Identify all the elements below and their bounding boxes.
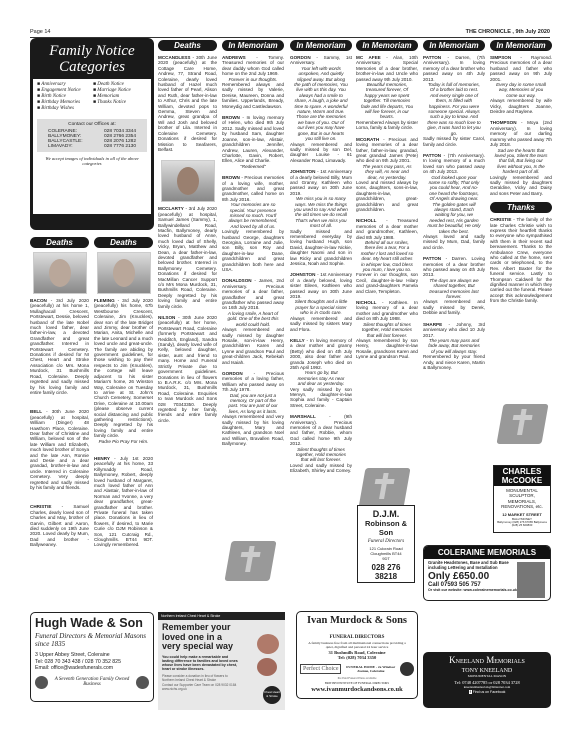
- ad-title: McCOOKE: [494, 476, 550, 485]
- memoriam-notice: BROWN - In loving memory of Helen, who d…: [222, 115, 284, 169]
- notice-name: MCGRATH: [356, 137, 379, 142]
- notice-name: KELLY: [290, 338, 305, 343]
- section-heading: In Memoriam: [290, 40, 352, 51]
- office-contacts: Contact our Offices at: COLERAINE:028 70…: [37, 119, 147, 152]
- notice-name: SHARPE: [423, 322, 442, 327]
- facebook-icon: f: [469, 690, 472, 694]
- ad-website[interactable]: www.ivanmurdockandsons.co.uk: [300, 686, 414, 693]
- notice-text: - 30th June 2020 (peacefully) at her hom…: [158, 315, 217, 423]
- section-heading: In Memoriam: [356, 40, 418, 51]
- office-row: LIMAVADY:028 7776 2130: [42, 144, 142, 149]
- notice-text: Loved and missed always by sons, daughte…: [356, 180, 418, 212]
- notice-verse: Years go by, But memories stay As near a…: [290, 370, 352, 386]
- death-notice: CHRISTIE - Samuel Charles, dearly loved …: [30, 504, 89, 547]
- crest-icon: [35, 676, 48, 689]
- section-heading: Deaths: [158, 40, 217, 51]
- notice-text: - The family of the late Charles Christi…: [490, 217, 552, 303]
- ad-ivan-murdock: Ivan Murdock & Sons FUNERAL DIRECTORS A …: [296, 611, 418, 699]
- notice-verse: The years may pass, As they will, As nea…: [356, 164, 418, 180]
- notice-verse: The days are always we shared together, …: [423, 278, 485, 300]
- notice-name: BELL: [30, 409, 42, 414]
- ad-subtitle: Funeral Directors & Memorial Masons sinc…: [35, 632, 149, 648]
- notice-text: Remembered always and sadly missed by Va…: [222, 82, 284, 109]
- memoriam-column-4: In Memoriam ANDREWS - Tommy. Treasured m…: [222, 38, 284, 453]
- lion-crest-icon: [400, 662, 414, 676]
- portrait-photo: [161, 160, 215, 202]
- facebook-label: Find us on Facebook: [473, 690, 506, 694]
- office-phone: 028 7776 2130: [104, 144, 136, 149]
- notice-text: - 30th June 2020 (peacefully) at the Cot…: [158, 55, 217, 152]
- notice-verse: God looked upon your name so softly, Tha…: [423, 175, 485, 234]
- notice-verse: Your memories are so special. Your prese…: [222, 202, 284, 229]
- memoriam-notice: PATTON - Darren, (7th Anniversary). In l…: [423, 55, 485, 147]
- notice-text: - James, 2nd Anniversary. Precious memor…: [222, 278, 284, 310]
- heart-icon: [257, 634, 279, 654]
- ad-small-text: Contact our Supporter Care Team on 028 9…: [158, 682, 243, 691]
- ad-charles-mccooke: CHARLES McCOOKE MONUMENTAL SCULPTOR, MEM…: [493, 465, 551, 533]
- notice-text: Lovingly remembered by husband George, d…: [222, 229, 284, 272]
- category-item: Thanks Notice: [93, 100, 147, 105]
- memoriam-column-7: In Memoriam PATTON - Darren, (7th Annive…: [423, 38, 485, 468]
- memoriam-notice: NICHOLL - Treasured memories of a dear m…: [356, 218, 418, 294]
- ad-phone: Tel: (028) 7034 3350: [300, 655, 414, 660]
- notice-verse: The years may pass and fade away, But me…: [423, 338, 485, 354]
- notice-verse: Sad are the hearts that loved you, Silen…: [490, 148, 552, 175]
- bible-cross-icon: [358, 468, 410, 508]
- categories-panel: Anniversary Death Notice Engagement Noti…: [33, 79, 151, 214]
- notice-text: Remembered Always by sister Lorna, famil…: [356, 120, 418, 130]
- category-item: Anniversary: [37, 82, 91, 87]
- memoriam-notice: KELLY - In loving memory of a dear mothe…: [290, 338, 352, 408]
- notice-text: - 3rd July 2020 (peacefully) at hospital…: [158, 206, 217, 308]
- notice-name: DONALDSON: [222, 278, 252, 283]
- portrait-photo: [97, 252, 151, 294]
- memoriam-notice: SIMPSON - Raymond. Precious memories of …: [490, 55, 552, 114]
- section-heading: In Memoriam: [490, 40, 552, 51]
- notice-name: MC AFEE: [356, 55, 381, 60]
- memoriam-notice: MCGRATH - Precious and loving memories o…: [356, 137, 418, 213]
- memoriam-notice: ANDREWS - Tommy. Treasured memories of o…: [222, 55, 284, 109]
- bible-illustration: [495, 398, 550, 450]
- notice-name: PATTON: [423, 153, 441, 158]
- deaths-column-3: Deaths MCCANDLESS - 30th June 2020 (peac…: [158, 38, 217, 429]
- notice-text: Always loved and sadly missed by Mum, Da…: [423, 234, 485, 250]
- notice-text: Lovingly remembered and sadly missed by …: [490, 175, 552, 196]
- deaths-column-2: Deaths FLEMING - 3rd July 2020 (peaceful…: [94, 235, 153, 554]
- notice-name: CHRISTIE: [490, 217, 511, 222]
- notice-text: - Samuel Charles, dearly loved son of Ch…: [30, 504, 89, 547]
- ad-top-bar: Northern Ireland Chest Heart & Stroke: [158, 612, 285, 620]
- notice-name: MARSHALL: [290, 414, 316, 419]
- memoriam-notice: BROWN - Precious memories of a loving wi…: [222, 175, 284, 272]
- notice-verse: We miss you in so many ways. We miss the…: [290, 196, 352, 228]
- page-number: Page 14: [30, 29, 51, 35]
- notice-verse: Silent thoughts of times together, Hold …: [356, 322, 418, 338]
- ad-phone: Ballymoney (028) 276 67065 Ballymena (02…: [494, 521, 550, 528]
- ad-title: CHARLES: [494, 467, 550, 476]
- notice-text: - In loving memory of a dear mother and …: [290, 338, 352, 370]
- office-name: LIMAVADY:: [48, 144, 73, 149]
- notice-text: Remembered by your friend Andy, and niec…: [423, 354, 485, 370]
- ad-subtitle: Funeral Directors: [361, 539, 411, 544]
- memoriam-notice: JOHNSTON - 1st Anniversary of a dearly b…: [290, 169, 352, 266]
- ad-body: Granite Headstones, Base and Sub Base in…: [424, 559, 514, 571]
- ad-headline: Remember your loved one in a very specia…: [158, 620, 243, 655]
- notice-text: - 30th June 2020 (peacefully) at hospita…: [30, 409, 89, 490]
- memoriam-notice: SHARPE - Johnny, 3rd anniversary who die…: [423, 322, 485, 371]
- notice-verse: Dad, you are not just a memory, Or part …: [222, 393, 284, 415]
- ad-hugh-wade: Hugh Wade & Son Funeral Directors & Memo…: [30, 612, 154, 702]
- notice-name: JOHNSTON: [290, 272, 315, 277]
- notice-name: CHRISTIE: [30, 504, 51, 509]
- bible-cross-icon: [496, 404, 548, 444]
- notice-text: - 3rd July 2020 (peacefully) his home, 6…: [94, 298, 153, 438]
- prepaid-plans: Pre Paid Funeral Plans available: [300, 676, 414, 680]
- contact-title: Contact our Offices at:: [42, 122, 142, 127]
- notice-text: Always remembered by wife Vicky, daughte…: [490, 98, 552, 114]
- memoriam-notice: MARSHALL - (9th Anniversary). Precious m…: [290, 414, 352, 473]
- crest-icon: [136, 676, 149, 689]
- notice-name: NICHOLL: [356, 300, 376, 305]
- ad-small-text: Please consider a donation in lieu of fl…: [158, 672, 243, 682]
- bible-cross-icon: [224, 541, 276, 581]
- bifd-label: BRITISH INSTITUTE OF FUNERAL DIRECTORS: [300, 681, 414, 685]
- memoriam-column-8: In Memoriam SIMPSON - Raymond. Precious …: [490, 38, 552, 310]
- ad-phone: 028 276 38218: [361, 563, 411, 581]
- notice-text: - (9th Anniversary). Precious memories o…: [290, 414, 352, 446]
- notice-name: GORDON: [290, 55, 311, 60]
- category-item: Birthday Wishes: [37, 106, 91, 111]
- death-notice: HENRY - July 1st 2020 peacefully at his …: [94, 456, 153, 548]
- category-item: Death Notice: [93, 82, 147, 87]
- notice-text: Always remembered and sadly missed by da…: [222, 327, 284, 364]
- memoriam-notice: THOMPSON - Moya (2nd Anniversary). In lo…: [490, 120, 552, 196]
- categories-title: Family Notice Categories: [30, 43, 154, 75]
- ad-title: D.J.M.: [361, 509, 411, 519]
- ad-djm-robinson: D.J.M. Robinson & Son Funeral Directors …: [357, 505, 415, 583]
- thanks-notice: CHRISTIE - The family of the late Charle…: [490, 217, 552, 304]
- death-notice: MCCANDLESS - 30th June 2020 (peacefully)…: [158, 55, 217, 152]
- category-item: Memoriam: [93, 94, 147, 99]
- ad-title: Hugh Wade & Son: [35, 616, 149, 630]
- charity-logo: Chest Heart & Stroke: [263, 686, 281, 704]
- notice-name: MCCANDLESS: [158, 55, 190, 60]
- notice-name: FLEMING: [94, 298, 115, 303]
- notice-text: - 3rd July 2020 (peacefully) at his home…: [30, 298, 89, 395]
- notice-name: HENRY: [94, 456, 110, 461]
- notice-text: Loved and sadly missed by Elizabeth, Shi…: [290, 463, 352, 473]
- notice-verse: A loving smile, A heart of gold. One of …: [222, 311, 284, 327]
- category-list: Anniversary Death Notice Engagement Noti…: [37, 82, 147, 111]
- section-heading: In Memoriam: [423, 40, 485, 51]
- memoriam-notice: GORDON - Sammy, 1st Anniversary.Your lef…: [290, 55, 352, 163]
- memoriam-notice: MC AFEE - Alan, 10th Anniversary. Specia…: [356, 55, 418, 131]
- section-heading: Deaths: [94, 237, 153, 248]
- memoriam-column-5: In Memoriam GORDON - Sammy, 1st Annivers…: [290, 38, 352, 480]
- section-heading: Deaths: [30, 237, 89, 248]
- memoriam-notice: NICHOLL - Kathleen. In loving memory of …: [356, 300, 418, 359]
- notice-text: Sadly missed and remembered everyday by …: [290, 229, 352, 266]
- category-item: Engagement Notice: [37, 88, 91, 93]
- death-notice: BACON - 3rd July 2020 (peacefully) at hi…: [30, 298, 89, 395]
- death-notice: NILSON - 30th June 2020 (peacefully) at …: [158, 315, 217, 423]
- headstone-image: [517, 562, 545, 598]
- ad-description: A family business free from all multinat…: [300, 640, 414, 650]
- notice-name: ANDREWS: [222, 55, 246, 60]
- ad-title: Ivan Murdock & Sons: [300, 615, 414, 627]
- bible-illustration: [220, 535, 280, 587]
- notice-text: Very sadly missed by son Mervyn, daughte…: [290, 387, 352, 408]
- ad-coleraine-memorials: COLERAINE MEMORIALS Granite Headstones, …: [423, 545, 551, 601]
- ad-body: You could help make a remarkable and las…: [158, 655, 243, 672]
- notice-name: JOHNSTON: [290, 169, 315, 174]
- notice-name: SIMPSON: [490, 55, 511, 60]
- notice-verse: Behind all our smiles, there lies a tear…: [356, 240, 418, 272]
- funeral-home-address: FUNERAL HOME - 2a Windsor Avenue, Colera…: [344, 665, 397, 673]
- notice-name: MCCLARTY: [158, 206, 184, 211]
- category-item: Birthday Memories: [37, 100, 91, 105]
- ad-address: 12 MARKET STREET: [494, 512, 550, 517]
- ad-kneeland-memorials: Kneeland Memorials TONY KNEELAND MONUMEN…: [423, 652, 551, 708]
- ad-website: www.robinsonsfunerals.com: [361, 581, 411, 583]
- memoriam-notice: JOHNSTON - 1st Anniversary of a dearly b…: [290, 272, 352, 331]
- notice-verse: Today is full of memories, Of a brother …: [423, 82, 485, 136]
- ad-title: Kneeland Memorials: [423, 655, 551, 665]
- notice-name: BROWN: [222, 175, 240, 180]
- category-item: Birth Notice: [37, 94, 91, 99]
- notice-text: Forever in our thoughts, son Cecil, daug…: [356, 272, 418, 293]
- notice-text: Always remembered and sadly missed by so…: [290, 142, 352, 163]
- notice-name: BROWN: [222, 115, 240, 120]
- notice-verse: Silent thoughts of times together, Hold …: [290, 447, 352, 463]
- notice-text: - July 1st 2020 peacefully at his home, …: [94, 456, 153, 548]
- ad-title: COLERAINE MEMORIALS: [424, 546, 550, 559]
- notice-verse: Beautiful memories, treasured forever, O…: [356, 82, 418, 120]
- category-item: Marriage Notice: [93, 88, 147, 93]
- notice-text: Always remembered and sadly missed by si…: [290, 316, 352, 332]
- ad-chest-heart-stroke: Northern Ireland Chest Heart & Stroke Re…: [158, 612, 285, 710]
- death-notice: FLEMING - 3rd July 2020 (peacefully) his…: [94, 298, 153, 444]
- notice-verse: Every day in some small way, Memories of…: [490, 82, 552, 98]
- notice-text: Always remembered and very sadly missed …: [222, 414, 284, 446]
- images-note: We accept images of individuals in all o…: [37, 156, 147, 166]
- notice-verse: Your left with words unspoken, And quiet…: [290, 66, 352, 142]
- death-notice: MCCLARTY - 3rd July 2020 (peacefully) at…: [158, 206, 217, 309]
- ad-address: 121 Culcrain Road Cloughmills BT44 9DT: [361, 546, 411, 561]
- notice-name: NILSON: [158, 315, 175, 320]
- notice-verse: "Redeemed": [222, 164, 284, 169]
- ad-tagline: A Seventh Generation Family Owned Busine…: [51, 677, 133, 687]
- ad-email: Email: office@wadesfunerals.com: [35, 665, 149, 672]
- ad-body: MONUMENTAL SCULPTOR, MEMORIALS, RENOVATI…: [494, 486, 550, 512]
- notice-name: PATTON: [423, 256, 441, 261]
- portrait-photo: [33, 252, 87, 294]
- deaths-column-1: Deaths BACON - 3rd July 2020 (peacefully…: [30, 235, 89, 554]
- notice-verse: Silent thoughts and a little prayer for …: [290, 299, 352, 315]
- memoriam-notice: GORDON - Precious memories of a loving f…: [222, 371, 284, 447]
- ad-role: MONUMENTAL MASON: [423, 674, 551, 678]
- section-heading: In Memoriam: [222, 40, 284, 51]
- memoriam-notice: PATTON - Darren. Loving memories of a de…: [423, 256, 485, 315]
- paper-date: THE CHRONICLE , 9th July 2020: [466, 29, 550, 35]
- notice-text: Always remembered and sadly missed by De…: [423, 299, 485, 315]
- notice-name: GORDON: [222, 371, 243, 376]
- perfect-choice-logo: Perfect Choice: [300, 664, 341, 674]
- notice-verse: Padre Pio Pray For Him.: [94, 439, 153, 444]
- notice-name: THOMPSON: [490, 120, 517, 125]
- section-heading: Thanks: [490, 202, 552, 213]
- heart-icon: [257, 658, 277, 676]
- facebook-link[interactable]: f Find us on Facebook: [423, 690, 551, 694]
- death-notice: BELL - 30th June 2020 (peacefully) at ho…: [30, 409, 89, 490]
- notice-text: Always remembered by son Henry, daughter…: [356, 338, 418, 359]
- page-header: Page 14 THE CHRONICLE , 9th July 2020: [30, 28, 550, 38]
- memoriam-notice: PATTON - (7th Anniversary). In loving me…: [423, 153, 485, 250]
- ad-email: kneelandmemorials@btinternet.com: [423, 685, 551, 689]
- notice-text: - In loving memory of Helen, who died 9t…: [222, 115, 284, 163]
- family-notice-categories: Family Notice Categories Anniversary Dea…: [30, 38, 154, 230]
- notice-name: PATTON: [423, 55, 441, 60]
- notice-name: NICHOLL: [356, 218, 376, 223]
- notice-text: Sadly missed by sister Carol, family and…: [423, 136, 485, 146]
- notice-name: BACON: [30, 298, 47, 303]
- memoriam-column-6: In Memoriam MC AFEE - Alan, 10th Anniver…: [356, 38, 418, 458]
- memoriam-notice: DONALDSON - James, 2nd Anniversary. Prec…: [222, 278, 284, 365]
- ad-title: Robinson & Son: [361, 519, 411, 537]
